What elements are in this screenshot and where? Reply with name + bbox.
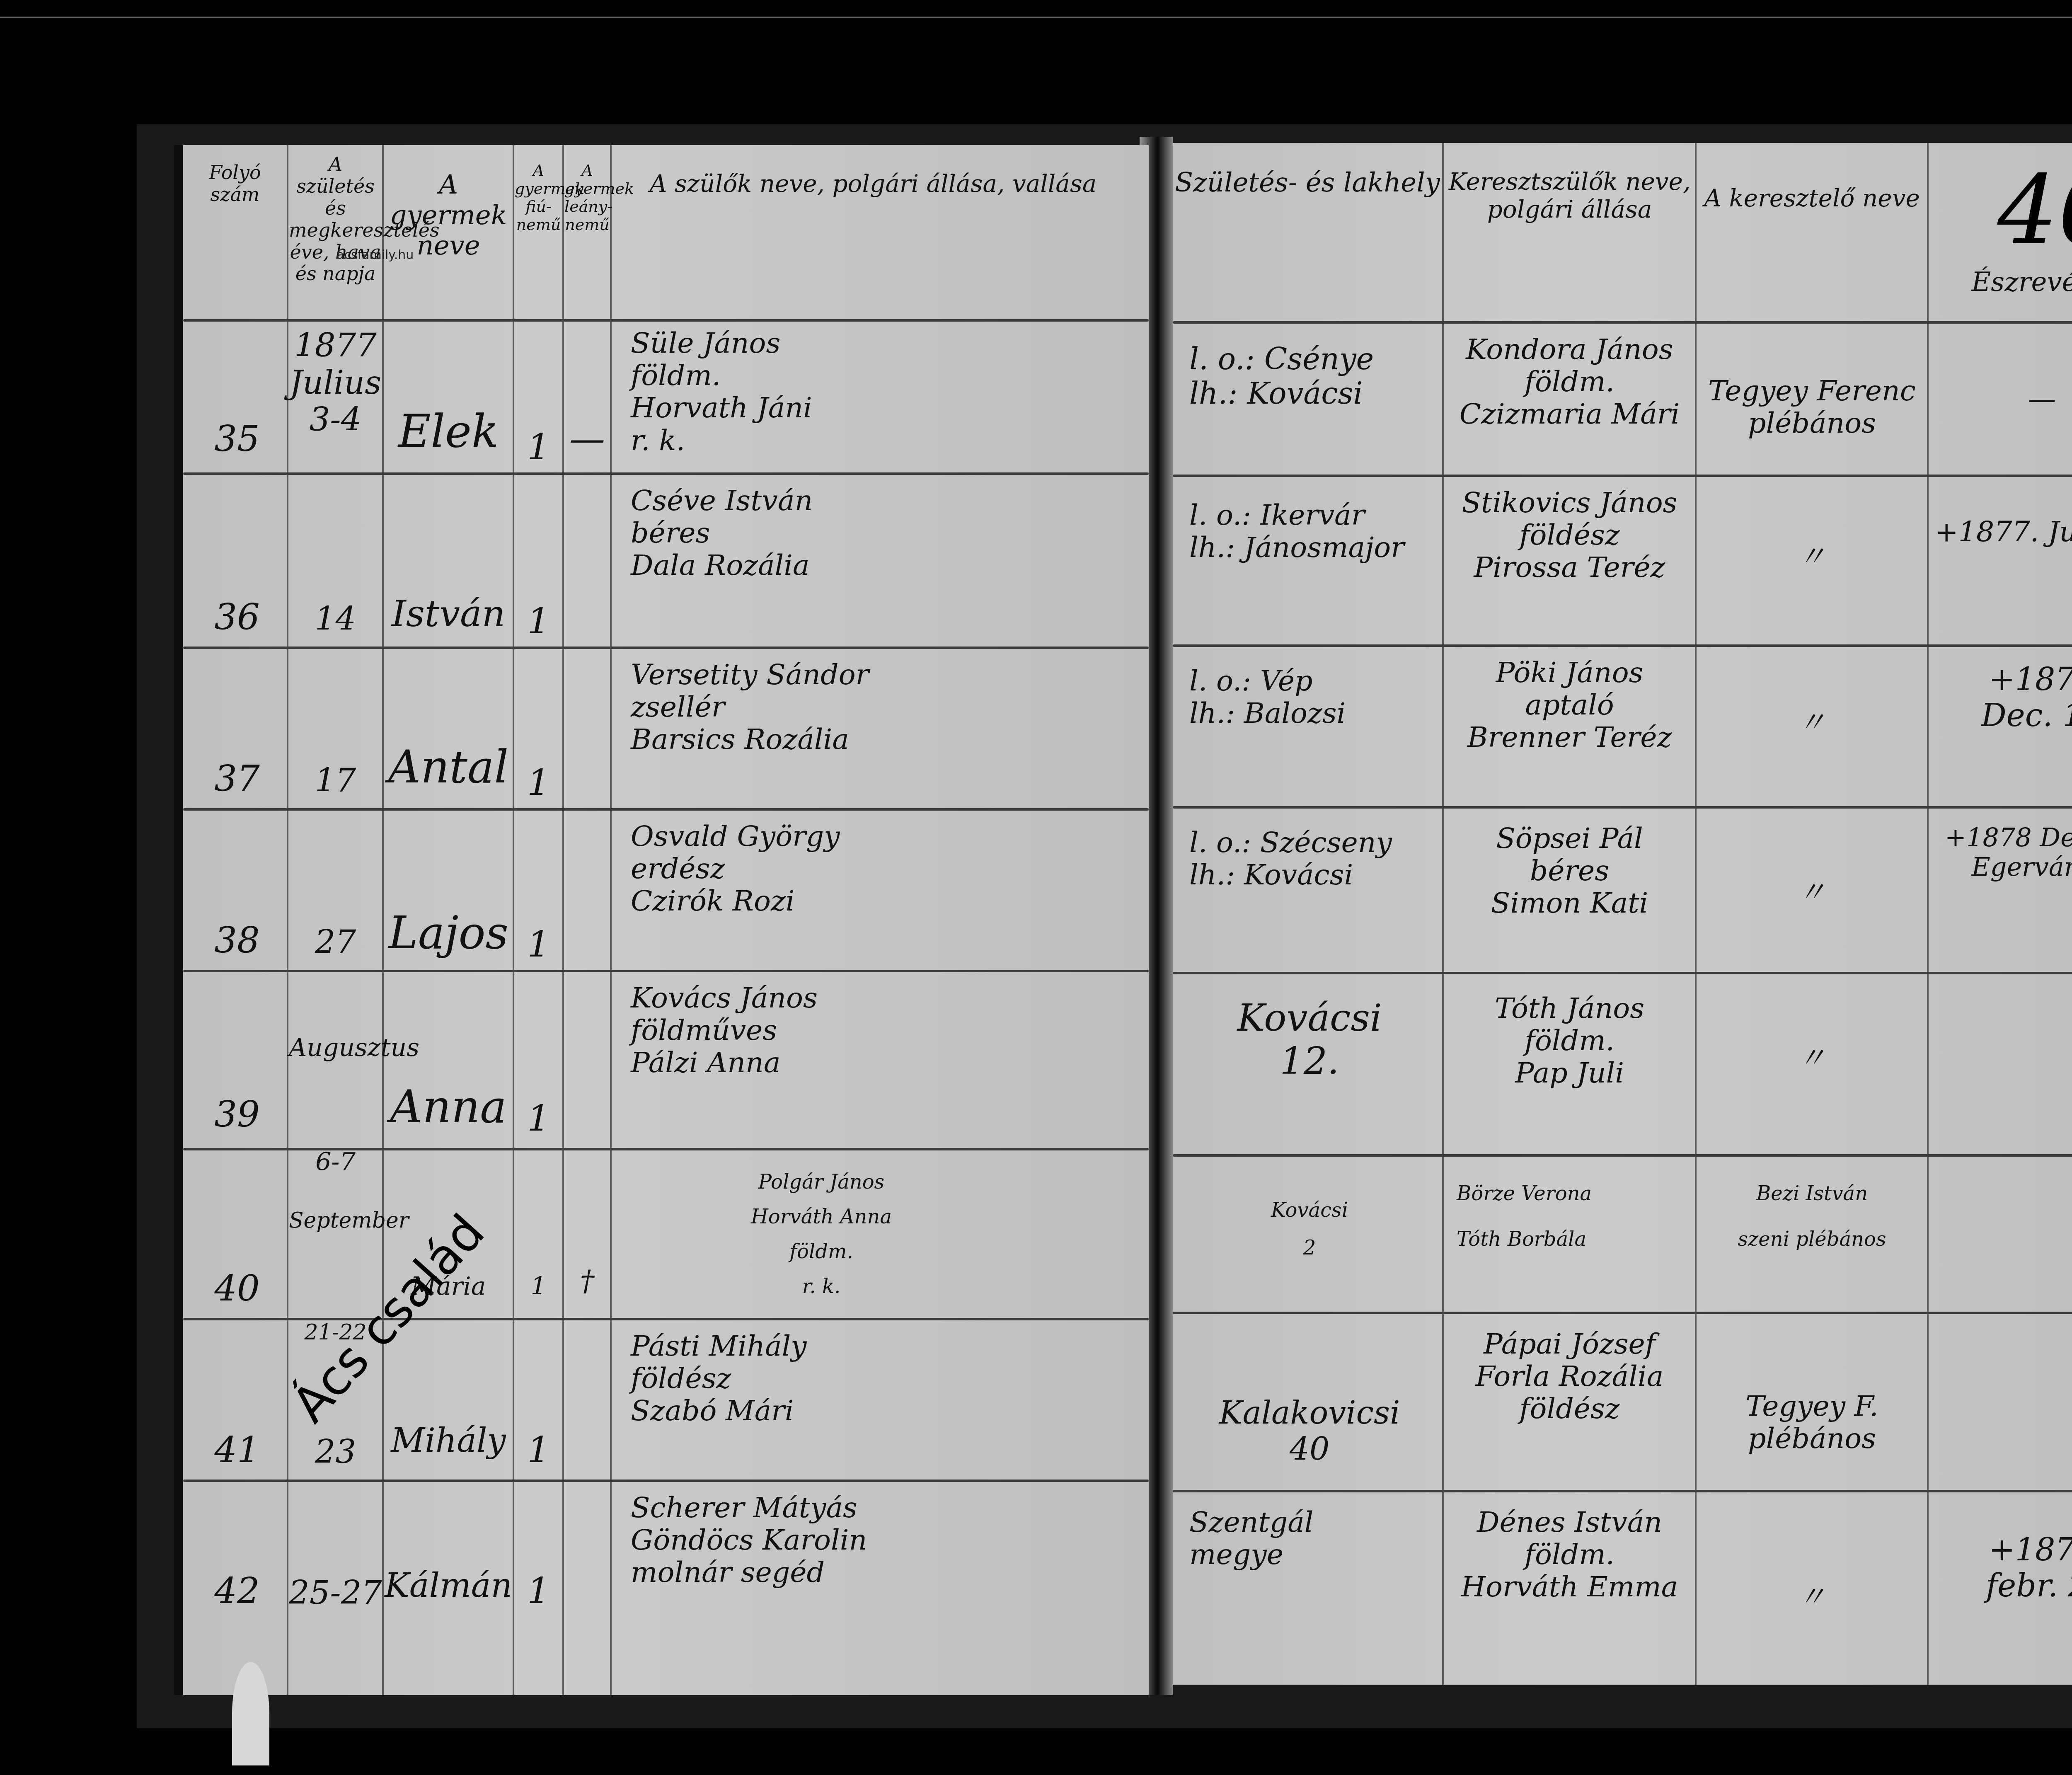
header-rule bbox=[183, 319, 1149, 322]
row-rule bbox=[1173, 806, 2072, 809]
entry-36-boy: 1 bbox=[515, 601, 562, 642]
header-residence: Születés- és lakhely bbox=[1173, 168, 1442, 199]
row-rule bbox=[1173, 475, 2072, 477]
entry-42-residence: Szentgál megye bbox=[1177, 1506, 1455, 1571]
entry-42-date: 25-27 bbox=[289, 1575, 382, 1612]
entry-36-child: István bbox=[384, 593, 513, 634]
row-rule bbox=[183, 472, 1149, 475]
row-rule bbox=[1173, 644, 2072, 647]
entry-37-boy: 1 bbox=[515, 763, 562, 804]
entry-38-date: 27 bbox=[289, 924, 382, 961]
row-rule bbox=[183, 1480, 1149, 1482]
entry-41-boy: 1 bbox=[515, 1430, 562, 1471]
entry-40-residence: Kovácsi 2 bbox=[1177, 1191, 1442, 1267]
entry-40-number: 40 bbox=[191, 1268, 283, 1309]
entry-36-baptizer: 〃 bbox=[1697, 541, 1927, 573]
entry-41-baptizer: Tegyey F. plébános bbox=[1697, 1390, 1927, 1455]
entry-35-child: Elek bbox=[384, 406, 513, 458]
entry-37-residence: l. o.: Vép lh.: Balozsi bbox=[1177, 665, 1455, 730]
entry-36-parents: Cséve István béres Dala Rozália bbox=[614, 485, 1149, 582]
entry-42-baptizer: 〃 bbox=[1697, 1581, 1927, 1613]
entry-38-godparents: Söpsei Pál béres Simon Kati bbox=[1444, 823, 1695, 920]
header-godparents: Keresztszülők neve, polgári állása bbox=[1444, 168, 1695, 223]
row-rule bbox=[1173, 972, 2072, 974]
row-rule bbox=[183, 970, 1149, 972]
entry-37-parents: Versetity Sándor zsellér Barsics Rozália bbox=[614, 659, 1149, 756]
header-rule bbox=[1173, 321, 2072, 324]
column-rule bbox=[562, 145, 564, 1695]
entry-37-number: 37 bbox=[191, 758, 283, 799]
entry-38-child: Lajos bbox=[384, 908, 513, 959]
entry-39-godparents: Tóth János földm. Pap Juli bbox=[1444, 993, 1695, 1090]
entry-35-residence: l. o.: Csénye lh.: Kovácsi bbox=[1177, 342, 1455, 411]
row-rule bbox=[1173, 1154, 2072, 1157]
entry-38-boy: 1 bbox=[515, 924, 562, 965]
row-rule bbox=[183, 808, 1149, 811]
entry-38-number: 38 bbox=[191, 920, 283, 961]
entry-41-parents: Pásti Mihály földész Szabó Mári bbox=[614, 1330, 1149, 1428]
entry-35-baptizer: Tegyey Ferenc plébános bbox=[1697, 375, 1927, 440]
entry-38-remark: +1878 Dec. 21 Egervárott bbox=[1929, 823, 2072, 882]
column-rule bbox=[1927, 143, 1929, 1685]
entry-39-number: 39 bbox=[191, 1094, 283, 1135]
entry-42-child: Kálmán bbox=[384, 1567, 513, 1605]
entry-42-godparents: Dénes István földm. Horváth Emma bbox=[1444, 1506, 1695, 1604]
entry-37-baptizer: 〃 bbox=[1697, 707, 1927, 739]
column-rule bbox=[1695, 143, 1697, 1685]
entry-39-residence: Kovácsi 12. bbox=[1177, 997, 1442, 1082]
entry-38-parents: Osvald György erdész Czirók Rozi bbox=[614, 821, 1149, 918]
entry-40-parents: Polgár János Horváth Anna földm. r. k. bbox=[614, 1165, 1029, 1304]
entry-36-residence: l. o.: Ikervár lh.: Jánosmajor bbox=[1177, 499, 1455, 564]
entry-37-godparents: Pöki János aptaló Brenner Teréz bbox=[1444, 657, 1695, 754]
entry-40-girl: † bbox=[564, 1264, 610, 1298]
entry-38-residence: l. o.: Szécseny lh.: Kovácsi bbox=[1177, 827, 1455, 891]
header-girl: A gyermek leány-nemű bbox=[564, 162, 610, 234]
header-remarks: Észrevétel bbox=[1929, 267, 2072, 298]
entry-36-date: 14 bbox=[289, 601, 382, 638]
header-parents: A szülők neve, polgári állása, vallása bbox=[614, 170, 1132, 198]
entry-35-parents: Süle János földm. Horvath Jáni r. k. bbox=[614, 327, 1149, 457]
entry-40-boy: 1 bbox=[515, 1272, 562, 1301]
entry-38-baptizer: 〃 bbox=[1697, 877, 1927, 909]
entry-36-godparents: Stikovics János földész Pirossa Teréz bbox=[1444, 487, 1695, 584]
page-number: 40 bbox=[1997, 155, 2072, 266]
entry-37-date: 17 bbox=[289, 763, 382, 800]
column-rule bbox=[382, 145, 384, 1695]
header-baptizer: A keresztelő neve bbox=[1697, 184, 1927, 212]
entry-39-baptizer: 〃 bbox=[1697, 1042, 1927, 1075]
entry-42-number: 42 bbox=[191, 1571, 283, 1612]
entry-35-girl: — bbox=[564, 419, 610, 460]
watermark-site: acsfamily.hu bbox=[336, 248, 414, 262]
entry-39-child: Anna bbox=[384, 1082, 513, 1133]
entry-41-number: 41 bbox=[191, 1430, 283, 1471]
column-rule bbox=[513, 145, 514, 1695]
header-serial-number: Folyó szám bbox=[183, 162, 287, 206]
entry-42-parents: Scherer Mátyás Göndöcs Karolin molnár se… bbox=[614, 1492, 1149, 1589]
header-birth-date: A születés és megkeresztelés éve, hava é… bbox=[289, 153, 382, 285]
row-rule bbox=[1173, 1490, 2072, 1492]
header-boy: A gyermek fiú-nemű bbox=[515, 162, 562, 234]
page-tab bbox=[232, 1662, 269, 1765]
entry-35-godparents: Kondora János földm. Czizmaria Mári bbox=[1444, 334, 1695, 431]
row-rule bbox=[1173, 1312, 2072, 1314]
left-page: Folyó szám A születés és megkeresztelés … bbox=[174, 145, 1149, 1695]
entry-41-residence: Kalakovicsi 40 bbox=[1177, 1395, 1442, 1467]
entry-41-godparents: Pápai József Forla Rozália földész bbox=[1444, 1328, 1695, 1426]
column-rule bbox=[610, 145, 612, 1695]
entry-42-remark: +1878 febr. 2. bbox=[1929, 1531, 2072, 1604]
entry-35-boy: 1 bbox=[515, 427, 562, 468]
entry-40-baptizer: Bezi István szeni plébános bbox=[1697, 1171, 1927, 1262]
entry-39-boy: 1 bbox=[515, 1098, 562, 1139]
entry-35-date: 1877 Julius 3-4 bbox=[289, 327, 382, 439]
entry-41-date: 23 bbox=[289, 1434, 382, 1471]
scan-top-border bbox=[0, 17, 2072, 18]
entry-36-number: 36 bbox=[191, 597, 283, 638]
entry-40-godparents: Börze Verona Tóth Borbála bbox=[1444, 1171, 1707, 1262]
entry-41-child: Mihály bbox=[384, 1421, 513, 1460]
entry-42-boy: 1 bbox=[515, 1571, 562, 1612]
entry-35-number: 35 bbox=[191, 419, 283, 460]
entry-37-child: Antal bbox=[384, 742, 513, 793]
right-page: 40 Születés- és lakhely Keresztszülők ne… bbox=[1173, 143, 2072, 1685]
entry-36-remark: +1877. Jul. 23. bbox=[1929, 516, 2072, 548]
entry-39-parents: Kovács János földműves Pálzi Anna bbox=[614, 982, 1149, 1080]
row-rule bbox=[183, 647, 1149, 649]
entry-37-remark: +1878 Dec. 12 bbox=[1929, 661, 2072, 734]
entry-35-remark: — bbox=[1929, 383, 2072, 416]
column-rule bbox=[287, 145, 288, 1695]
